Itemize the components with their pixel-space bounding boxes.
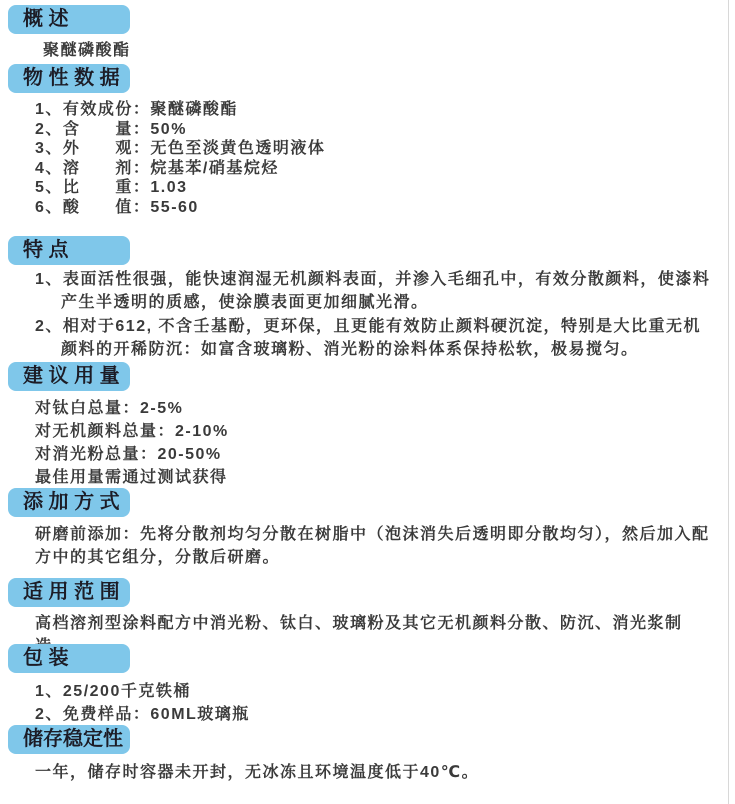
section-body-packaging: 1、25/200千克铁桶 2、免费样品：60ML玻璃瓶 — [35, 680, 711, 726]
scope-text: 高档溶剂型涂料配方中消光粉、钛白、玻璃粉及其它无机颜料分散、防沉、消光浆制造。 — [35, 612, 711, 658]
physical-data-item: 1、有效成份：聚醚磷酸酯 — [35, 100, 711, 120]
physical-data-item: 4、溶 剂：烷基苯/硝基烷烃 — [35, 159, 711, 179]
section-body-features: 1、表面活性很强，能快速润湿无机颜料表面，并渗入毛细孔中，有效分散颜料，使漆料产… — [35, 268, 711, 362]
section-title-scope: 适 用 范 围 — [23, 581, 120, 603]
physical-data-item: 6、酸 值：55-60 — [35, 198, 711, 218]
section-header-overview: 概 述 — [8, 5, 130, 34]
section-header-storage: 储存稳定性 — [8, 725, 130, 754]
section-title-packaging: 包 装 — [23, 647, 69, 669]
section-header-dosage: 建 议 用 量 — [8, 362, 130, 391]
dosage-line: 对无机颜料总量：2-10% — [35, 420, 711, 443]
product-datasheet-page: 概 述 聚醚磷酸酯 物 性 数 据 1、有效成份：聚醚磷酸酯 2、含 量：50%… — [0, 0, 735, 804]
dosage-line: 最佳用量需通过测试获得 — [35, 466, 711, 489]
section-body-physical-data: 1、有效成份：聚醚磷酸酯 2、含 量：50% 3、外 观：无色至淡黄色透明液体 … — [35, 100, 711, 217]
section-title-addition: 添 加 方 式 — [23, 491, 120, 513]
dosage-line: 对消光粉总量：20-50% — [35, 443, 711, 466]
packaging-item: 1、25/200千克铁桶 — [35, 680, 711, 703]
section-header-physical-data: 物 性 数 据 — [8, 64, 130, 93]
feature-item: 2、相对于612, 不含壬基酚，更环保，且更能有效防止颜料硬沉淀，特别是大比重无… — [35, 315, 711, 361]
physical-data-item: 3、外 观：无色至淡黄色透明液体 — [35, 139, 711, 159]
physical-data-item: 5、比 重：1.03 — [35, 178, 711, 198]
section-title-dosage: 建 议 用 量 — [23, 365, 120, 387]
section-header-packaging: 包 装 — [8, 644, 130, 673]
dosage-line: 对钛白总量：2-5% — [35, 397, 711, 420]
storage-text: 一年，储存时容器未开封，无冰冻且环境温度低于40℃。 — [35, 761, 711, 784]
overview-text: 聚醚磷酸酯 — [43, 39, 719, 62]
section-header-features: 特 点 — [8, 236, 130, 265]
physical-data-item: 2、含 量：50% — [35, 120, 711, 140]
section-header-scope: 适 用 范 围 — [8, 578, 130, 607]
section-body-overview: 聚醚磷酸酯 — [43, 39, 719, 62]
section-title-overview: 概 述 — [23, 8, 69, 30]
section-header-addition: 添 加 方 式 — [8, 488, 130, 517]
feature-item: 1、表面活性很强，能快速润湿无机颜料表面，并渗入毛细孔中，有效分散颜料，使漆料产… — [35, 268, 711, 314]
section-title-storage: 储存稳定性 — [23, 728, 123, 750]
section-body-addition: 研磨前添加：先将分散剂均匀分散在树脂中（泡沫消失后透明即分散均匀），然后加入配方… — [35, 523, 711, 569]
section-body-storage: 一年，储存时容器未开封，无冰冻且环境温度低于40℃。 — [35, 761, 711, 784]
section-body-dosage: 对钛白总量：2-5% 对无机颜料总量：2-10% 对消光粉总量：20-50% 最… — [35, 397, 711, 489]
section-title-features: 特 点 — [23, 239, 69, 261]
page-right-border — [728, 0, 729, 804]
packaging-item: 2、免费样品：60ML玻璃瓶 — [35, 703, 711, 726]
section-body-scope: 高档溶剂型涂料配方中消光粉、钛白、玻璃粉及其它无机颜料分散、防沉、消光浆制造。 — [35, 612, 711, 658]
addition-text: 研磨前添加：先将分散剂均匀分散在树脂中（泡沫消失后透明即分散均匀），然后加入配方… — [35, 523, 711, 569]
section-title-physical-data: 物 性 数 据 — [23, 67, 120, 89]
